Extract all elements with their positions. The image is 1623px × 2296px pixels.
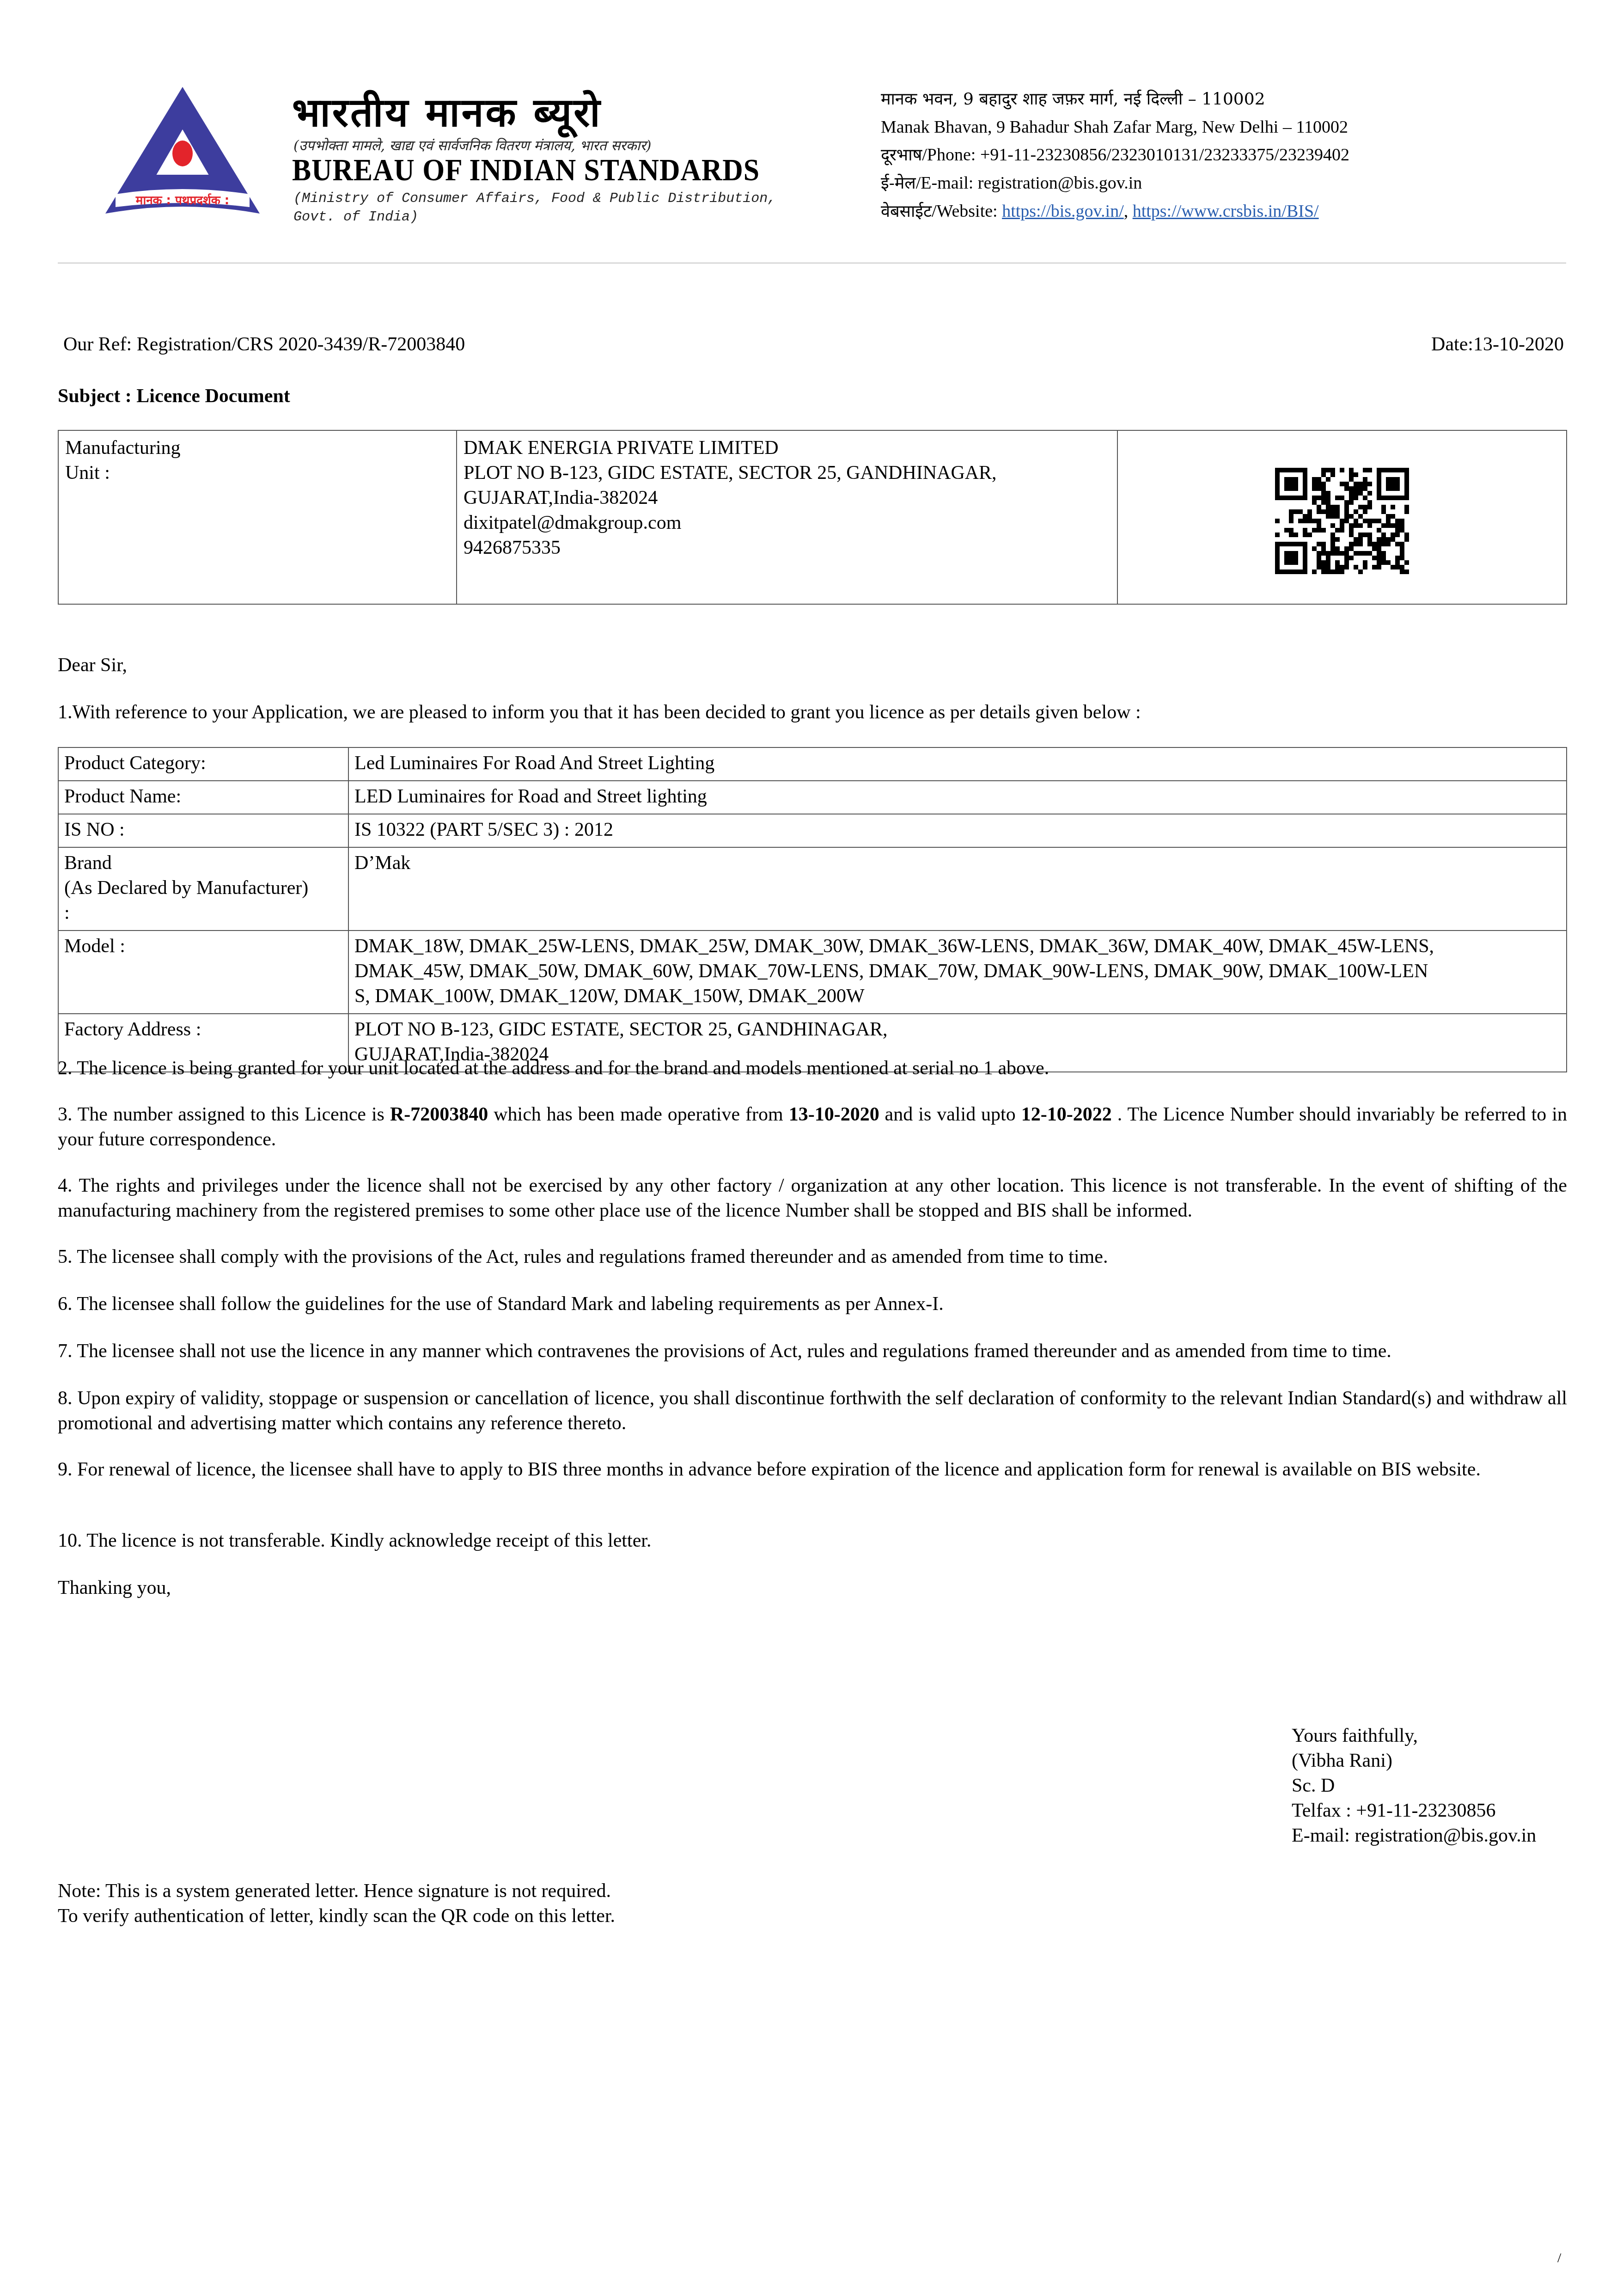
brand-label-line: Brand xyxy=(64,851,342,876)
detail-label: Product Name: xyxy=(58,781,348,814)
table-row: Model : DMAK_18W, DMAK_25W-LENS, DMAK_25… xyxy=(58,931,1567,1014)
model-line: S, DMAK_100W, DMAK_120W, DMAK_150W, DMAK… xyxy=(354,984,1560,1009)
unit-address-line-2: GUJARAT,India-382024 xyxy=(464,485,1110,510)
letter-date: Date:13-10-2020 xyxy=(1431,332,1564,357)
detail-label: Model : xyxy=(58,931,348,1014)
signatory-telfax: Telfax : +91-11-23230856 xyxy=(1292,1798,1536,1823)
qr-code-icon xyxy=(1270,468,1414,574)
logo-motto: मानक : पथप्रदर्शक : xyxy=(135,193,229,208)
unit-label-line-2: Unit : xyxy=(65,460,450,485)
phone-line: दूरभाष/Phone: +91-11-23230856/2323010131… xyxy=(881,141,1349,169)
email-line: ई-मेल/E-mail: registration@bis.gov.in xyxy=(881,169,1349,197)
sign-off: Yours faithfully, xyxy=(1292,1723,1536,1748)
contact-block: मानक भवन, 9 बहादुर शाह जफ़र मार्ग, नई दि… xyxy=(881,86,1349,226)
unit-phone: 9426875335 xyxy=(464,535,1110,560)
org-name-hindi: भारतीय मानक ब्यूरो xyxy=(292,84,602,138)
unit-label-line-1: Manufacturing xyxy=(65,435,450,460)
signatory-name: (Vibha Rani) xyxy=(1292,1748,1536,1773)
licence-number: R-72003840 xyxy=(390,1104,488,1125)
reference-number: Our Ref: Registration/CRS 2020-3439/R-72… xyxy=(63,332,465,357)
address-hindi: मानक भवन, 9 बहादुर शाह जफ़र मार्ग, नई दि… xyxy=(881,86,1349,113)
header-divider xyxy=(58,263,1566,263)
salutation: Dear Sir, xyxy=(58,653,127,678)
signature-block: Yours faithfully, (Vibha Rani) Sc. D Tel… xyxy=(1292,1723,1536,1848)
bis-logo-icon: मानक : पथप्रदर्शक : xyxy=(102,83,263,231)
paragraph-5: 5. The licensee shall comply with the pr… xyxy=(58,1244,1567,1269)
para3-text: which has been made operative from xyxy=(488,1104,788,1125)
website-separator: , xyxy=(1124,202,1133,221)
website-label-hindi: वेबसाईट xyxy=(881,202,932,221)
para3-text: 3. The number assigned to this Licence i… xyxy=(58,1104,390,1125)
para3-text: and is valid upto xyxy=(879,1104,1021,1125)
footer-note: Note: This is a system generated letter.… xyxy=(58,1879,615,1929)
unit-details-cell: DMAK ENERGIA PRIVATE LIMITED PLOT NO B-1… xyxy=(457,430,1117,604)
website-link-bis[interactable]: https://bis.gov.in/ xyxy=(1002,202,1124,221)
detail-value: LED Luminaires for Road and Street light… xyxy=(348,781,1567,814)
paragraph-1: 1.With reference to your Application, we… xyxy=(58,700,1141,725)
website-line: वेबसाईट/Website: https://bis.gov.in/, ht… xyxy=(881,197,1349,226)
detail-value: DMAK_18W, DMAK_25W-LENS, DMAK_25W, DMAK_… xyxy=(348,931,1567,1014)
website-link-crsbis[interactable]: https://www.crsbis.in/BIS/ xyxy=(1133,202,1319,221)
factory-address-line: PLOT NO B-123, GIDC ESTATE, SECTOR 25, G… xyxy=(354,1017,1560,1042)
model-line: DMAK_18W, DMAK_25W-LENS, DMAK_25W, DMAK_… xyxy=(354,934,1560,959)
paragraph-3: 3. The number assigned to this Licence i… xyxy=(58,1102,1567,1152)
email-value: registration@bis.gov.in xyxy=(978,173,1142,193)
valid-from-date: 13-10-2020 xyxy=(789,1104,879,1125)
phone-label: /Phone: xyxy=(922,145,980,165)
unit-company-name: DMAK ENERGIA PRIVATE LIMITED xyxy=(464,435,1110,460)
detail-label: IS NO : xyxy=(58,814,348,847)
paragraph-8: 8. Upon expiry of validity, stoppage or … xyxy=(58,1386,1567,1436)
ministry-line-2: Govt. of India) xyxy=(293,208,776,227)
qr-cell xyxy=(1117,430,1567,604)
note-line-1: Note: This is a system generated letter.… xyxy=(58,1879,615,1904)
paragraph-7: 7. The licensee shall not use the licenc… xyxy=(58,1339,1567,1364)
ministry-line-1: (Ministry of Consumer Affairs, Food & Pu… xyxy=(293,190,776,208)
signatory-designation: Sc. D xyxy=(1292,1773,1536,1798)
address-english: Manak Bhavan, 9 Bahadur Shah Zafar Marg,… xyxy=(881,113,1349,141)
detail-value: IS 10322 (PART 5/SEC 3) : 2012 xyxy=(348,814,1567,847)
paragraph-6: 6. The licensee shall follow the guideli… xyxy=(58,1292,1567,1316)
paragraph-9: 9. For renewal of licence, the licensee … xyxy=(58,1457,1567,1482)
org-name-english: BUREAU OF INDIAN STANDARDS xyxy=(292,153,760,188)
page-mark: / xyxy=(1557,2250,1561,2266)
phone-value: +91-11-23230856/2323010131/23233375/2323… xyxy=(980,145,1349,165)
detail-value: D’Mak xyxy=(348,847,1567,931)
closing: Thanking you, xyxy=(58,1575,171,1600)
unit-label-cell: Manufacturing Unit : xyxy=(58,430,457,604)
note-line-2: To verify authentication of letter, kind… xyxy=(58,1904,615,1929)
valid-to-date: 12-10-2022 xyxy=(1021,1104,1112,1125)
manufacturing-unit-table: Manufacturing Unit : DMAK ENERGIA PRIVAT… xyxy=(58,430,1567,605)
email-label: /E-mail: xyxy=(916,173,978,193)
email-label-hindi: ई-मेल xyxy=(881,174,916,193)
paragraph-10: 10. The licence is not transferable. Kin… xyxy=(58,1528,1567,1553)
signatory-email: E-mail: registration@bis.gov.in xyxy=(1292,1823,1536,1848)
table-row: Product Category: Led Luminaires For Roa… xyxy=(58,747,1567,781)
brand-label-line: : xyxy=(64,900,342,925)
ministry-english: (Ministry of Consumer Affairs, Food & Pu… xyxy=(293,190,776,227)
detail-value: Led Luminaires For Road And Street Light… xyxy=(348,747,1567,781)
detail-label: Product Category: xyxy=(58,747,348,781)
phone-label-hindi: दूरभाष xyxy=(881,146,922,165)
table-row: Brand (As Declared by Manufacturer) : D’… xyxy=(58,847,1567,931)
subject-line: Subject : Licence Document xyxy=(58,384,290,409)
unit-address-line-1: PLOT NO B-123, GIDC ESTATE, SECTOR 25, G… xyxy=(464,460,1110,485)
paragraph-4: 4. The rights and privileges under the l… xyxy=(58,1173,1567,1223)
website-label: /Website: xyxy=(932,202,1002,221)
model-line: DMAK_45W, DMAK_50W, DMAK_60W, DMAK_70W-L… xyxy=(354,959,1560,984)
table-row: IS NO : IS 10322 (PART 5/SEC 3) : 2012 xyxy=(58,814,1567,847)
paragraph-2: 2. The licence is being granted for your… xyxy=(58,1056,1567,1081)
detail-label: Brand (As Declared by Manufacturer) : xyxy=(58,847,348,931)
brand-label-line: (As Declared by Manufacturer) xyxy=(64,876,342,900)
table-row: Product Name: LED Luminaires for Road an… xyxy=(58,781,1567,814)
licence-details-table: Product Category: Led Luminaires For Roa… xyxy=(58,747,1567,1072)
ministry-hindi: (उपभोक्ता मामले, खाद्य एवं सार्वजनिक वित… xyxy=(293,135,651,154)
unit-email: dixitpatel@dmakgroup.com xyxy=(464,510,1110,535)
